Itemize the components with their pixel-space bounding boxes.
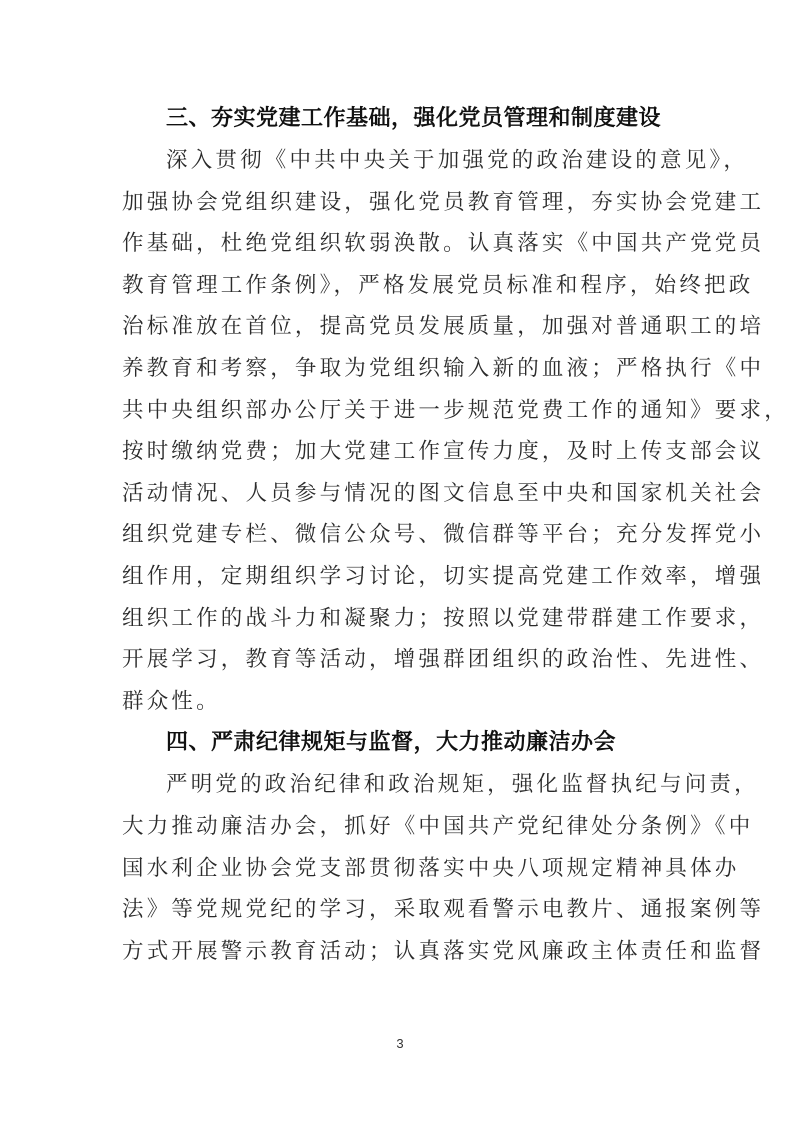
paragraph-line: 群众性。 (122, 681, 680, 723)
section-3-paragraph: 深入贯彻《中共中央关于加强党的政治建设的意见》， 加强协会党组织建设，强化党员教… (122, 140, 680, 722)
page-content: 三、夯实党建工作基础，强化党员管理和制度建设 深入贯彻《中共中央关于加强党的政治… (122, 98, 680, 972)
paragraph-line: 组织工作的战斗力和凝聚力；按照以党建带群建工作要求， (122, 598, 680, 640)
paragraph-line: 国水利企业协会党支部贯彻落实中央八项规定精神具体办 (122, 848, 680, 890)
paragraph-line: 组织党建专栏、微信公众号、微信群等平台；充分发挥党小 (122, 514, 680, 556)
paragraph-line: 治标准放在首位，提高党员发展质量，加强对普通职工的培 (122, 306, 680, 348)
paragraph-line: 开展学习，教育等活动，增强群团组织的政治性、先进性、 (122, 639, 680, 681)
paragraph-line: 按时缴纳党费；加大党建工作宣传力度，及时上传支部会议 (122, 431, 680, 473)
paragraph-line: 加强协会党组织建设，强化党员教育管理，夯实协会党建工 (122, 182, 680, 224)
section-heading-3: 三、夯实党建工作基础，强化党员管理和制度建设 (122, 98, 680, 140)
section-heading-4: 四、严肃纪律规矩与监督，大力推动廉洁办会 (122, 722, 680, 764)
document-page: 三、夯实党建工作基础，强化党员管理和制度建设 深入贯彻《中共中央关于加强党的政治… (0, 0, 800, 1131)
paragraph-line: 法》等党规党纪的学习，采取观看警示电教片、通报案例等 (122, 889, 680, 931)
section-4-paragraph: 严明党的政治纪律和政治规矩，强化监督执纪与问责， 大力推动廉洁办会，抓好《中国共… (122, 764, 680, 972)
paragraph-line: 大力推动廉洁办会，抓好《中国共产党纪律处分条例》《中 (122, 806, 680, 848)
paragraph-line: 作基础，杜绝党组织软弱涣散。认真落实《中国共产党党员 (122, 223, 680, 265)
paragraph-line: 共中央组织部办公厅关于进一步规范党费工作的通知》要求， (122, 390, 680, 432)
paragraph-line: 养教育和考察，争取为党组织输入新的血液；严格执行《中 (122, 348, 680, 390)
page-number: 3 (0, 1036, 800, 1051)
paragraph-line: 教育管理工作条例》，严格发展党员标准和程序，始终把政 (122, 265, 680, 307)
paragraph-line: 严明党的政治纪律和政治规矩，强化监督执纪与问责， (122, 764, 680, 806)
paragraph-line: 深入贯彻《中共中央关于加强党的政治建设的意见》， (122, 140, 680, 182)
paragraph-line: 活动情况、人员参与情况的图文信息至中央和国家机关社会 (122, 473, 680, 515)
paragraph-line: 组作用，定期组织学习讨论，切实提高党建工作效率，增强 (122, 556, 680, 598)
paragraph-line: 方式开展警示教育活动；认真落实党风廉政主体责任和监督 (122, 931, 680, 973)
